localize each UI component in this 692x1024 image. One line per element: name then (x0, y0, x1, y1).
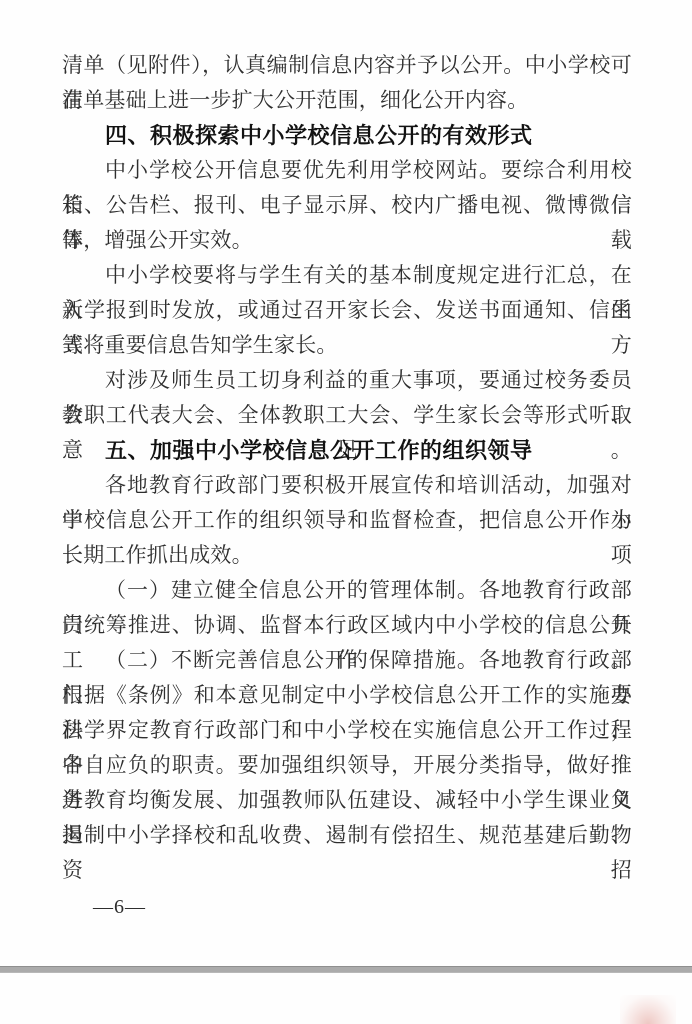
text-line: 各地教育行政部门要积极开展宣传和培训活动，加强对中小 (62, 468, 632, 503)
document-viewer: 清单（见附件），认真编制信息内容并予以公开。中小学校可在清单基础上进一步扩大公开… (0, 0, 692, 1024)
text-line: 各自应负的职责。要加强组织领导，开展分类指导，做好推进义 (62, 748, 632, 783)
text-line: 教职工代表大会、全体教职工大会、学生家长会等形式听取意见。 (62, 398, 632, 433)
text-line: 中小学校要将与学生有关的基本制度规定进行汇总，在新生 (62, 258, 632, 293)
text-line: 入学报到时发放，或通过召开家长会、发送书面通知、信函等方 (62, 293, 632, 328)
section-heading: 四、积极探索中小学校信息公开的有效形式 (62, 118, 632, 153)
text-line: 科学界定教育行政部门和中小学校在实施信息公开工作过程中 (62, 713, 632, 748)
text-line: 责统筹推进、协调、监督本行政区域内中小学校的信息公开工作。 (62, 608, 632, 643)
page-7-top (0, 973, 692, 1024)
text-line: 根据《条例》和本意见制定中小学校信息公开工作的实施办法， (62, 678, 632, 713)
text-line: （一）建立健全信息公开的管理体制。各地教育行政部门负 (62, 573, 632, 608)
text-line: 对涉及师生员工切身利益的重大事项，要通过校务委员会、 (62, 363, 632, 398)
text-line: 务教育均衡发展、加强教师队伍建设、减轻中小学生课业负担、 (62, 783, 632, 818)
text-line: 学校信息公开工作的组织领导和监督检查，把信息公开作为一项 (62, 503, 632, 538)
text-line: 清单（见附件），认真编制信息内容并予以公开。中小学校可在 (62, 48, 632, 83)
red-seal-fragment (620, 995, 676, 1024)
text-line: 清单基础上进一步扩大公开范围，细化公开内容。 (62, 83, 632, 118)
page-6-text: 清单（见附件），认真编制信息内容并予以公开。中小学校可在清单基础上进一步扩大公开… (62, 48, 632, 853)
text-line: 遏制中小学择校和乱收费、遏制有偿招生、规范基建后勤物资招 (62, 818, 632, 853)
page-6: 清单（见附件），认真编制信息内容并予以公开。中小学校可在清单基础上进一步扩大公开… (0, 0, 692, 966)
text-line: 箱、公告栏、报刊、电子显示屏、校内广播电视、微博微信等载 (62, 188, 632, 223)
text-line: （二）不断完善信息公开的保障措施。各地教育行政部门要 (62, 643, 632, 678)
text-line: 中小学校公开信息要优先利用学校网站。要综合利用校长信 (62, 153, 632, 188)
page-separator (0, 966, 692, 973)
page-number: —6— (93, 896, 146, 919)
